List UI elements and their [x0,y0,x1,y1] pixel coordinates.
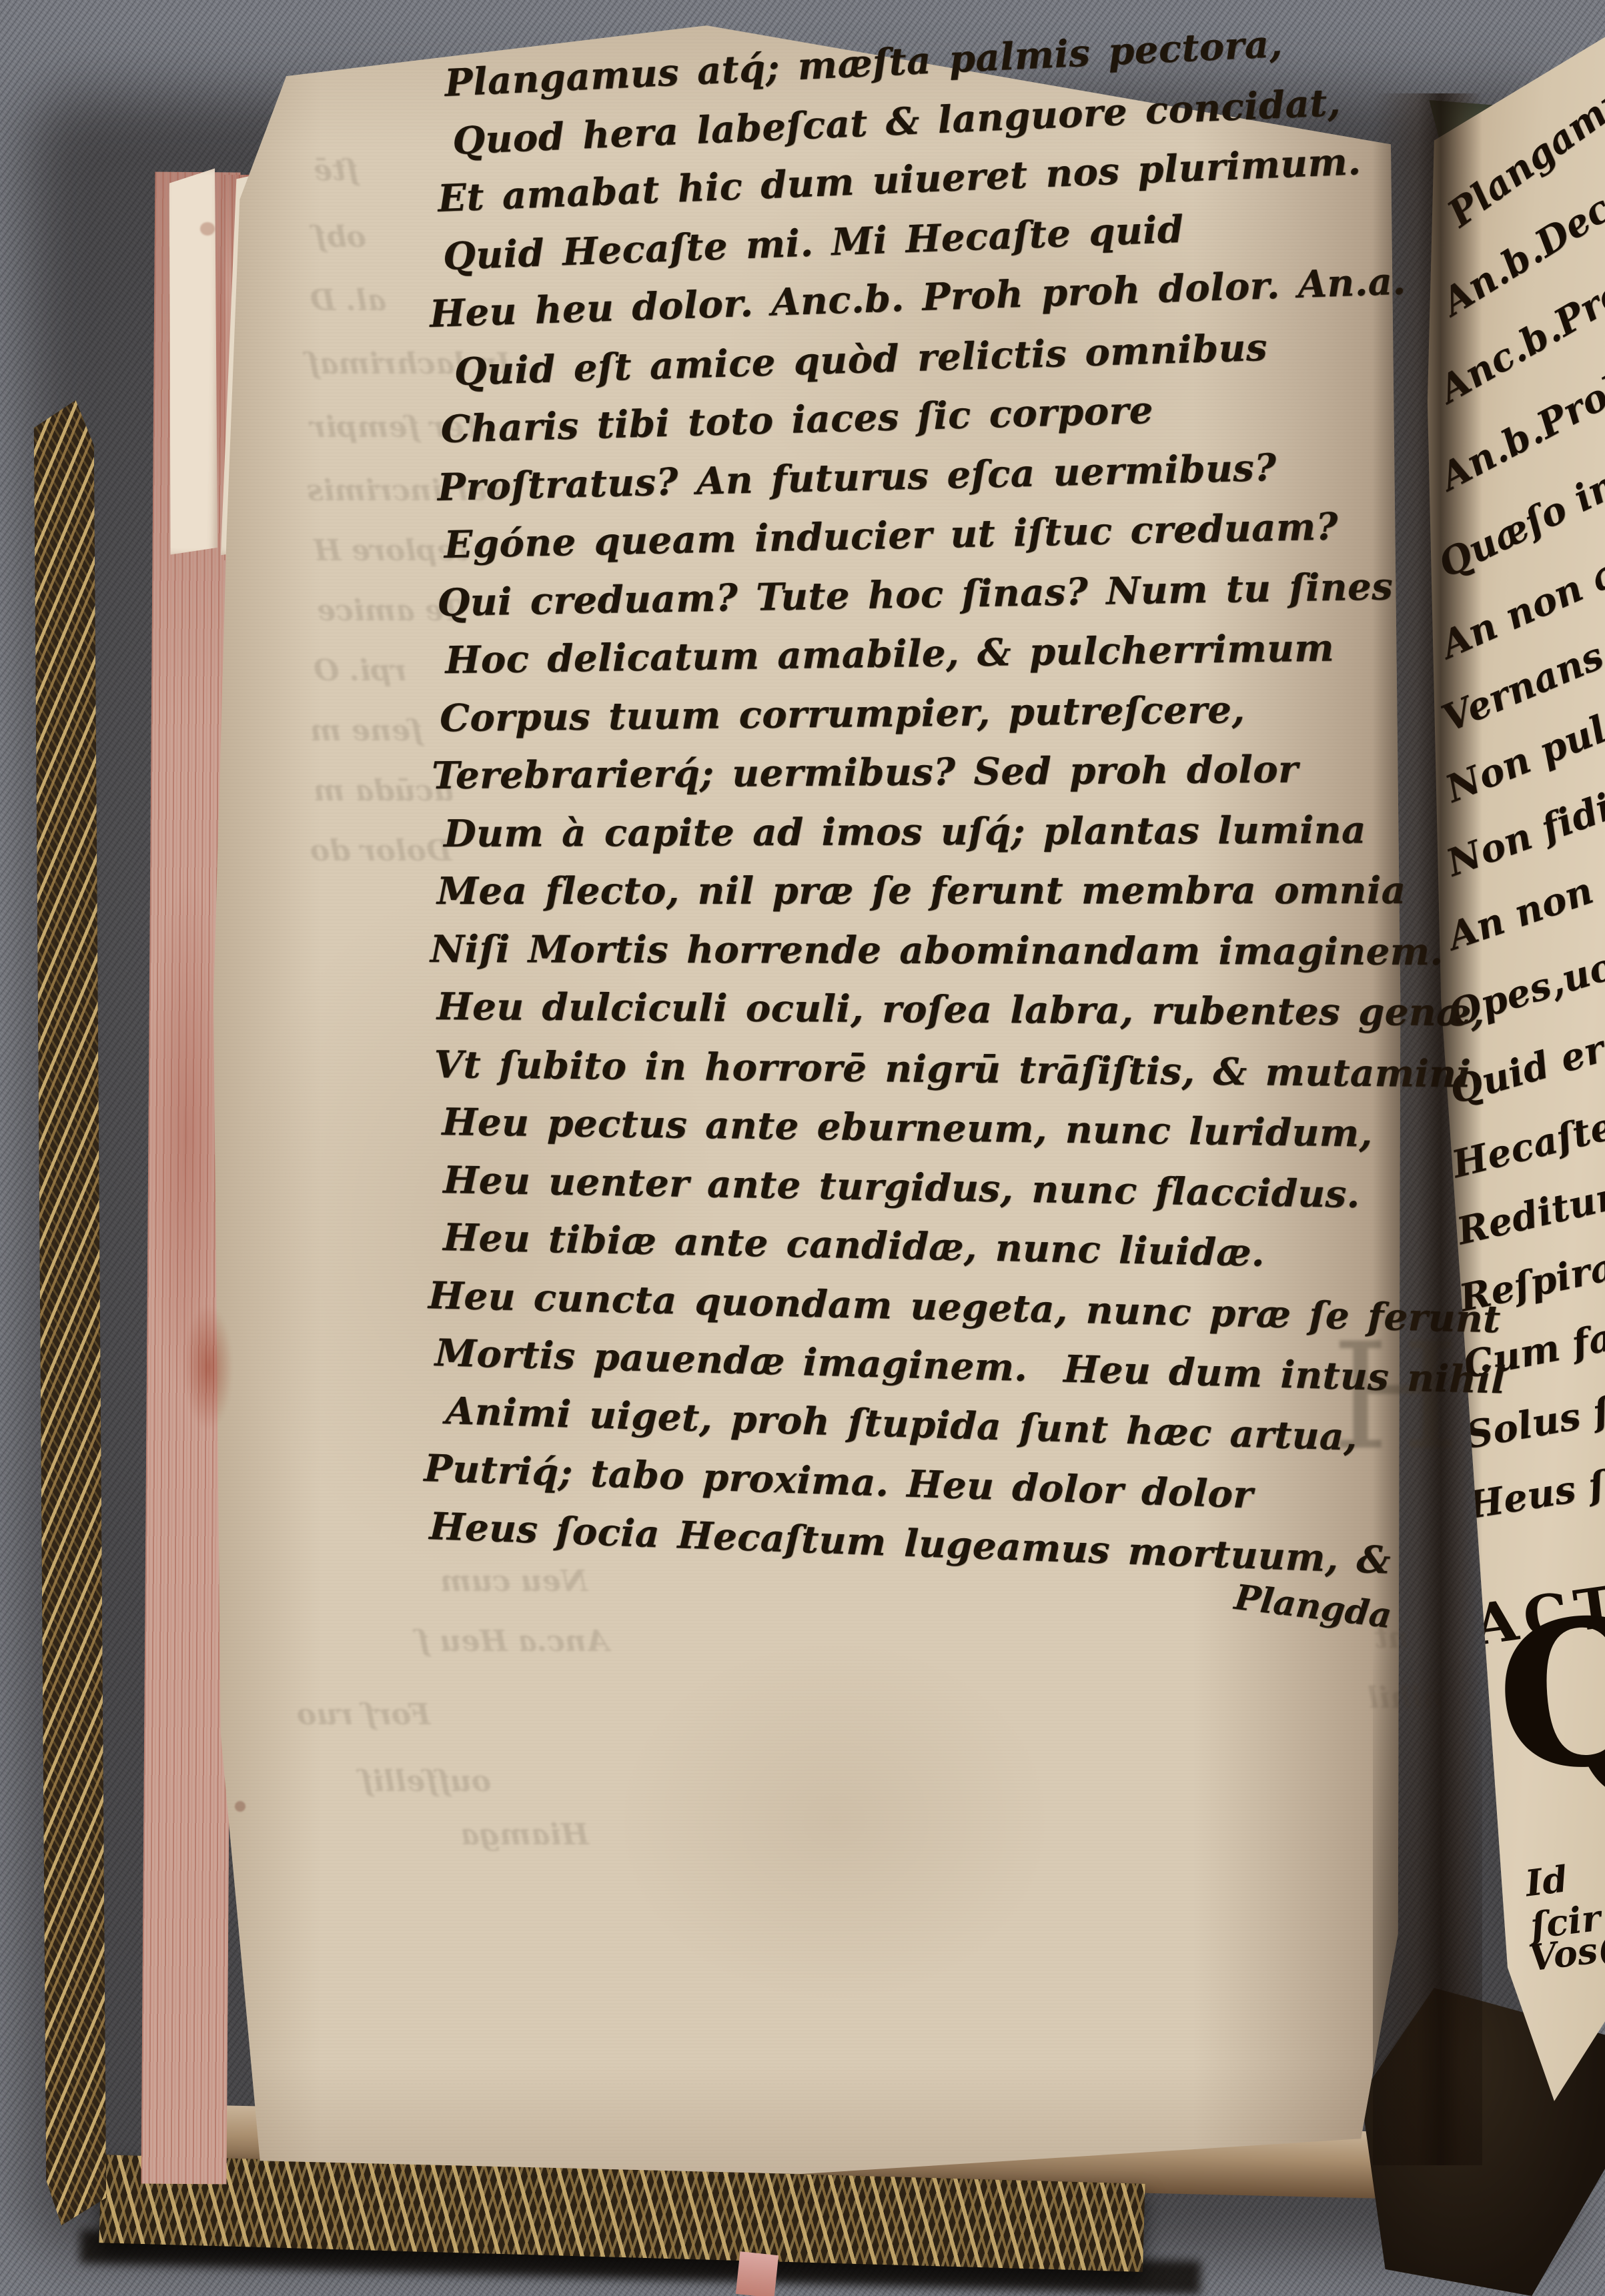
ribbon-end [736,2251,778,2296]
photo-scene: PlangamusAn.b.DeceAnc.b.ProAn.b.ProlQuæſ… [0,0,1605,2296]
verse-line: Mea flecto, nil præ ſe ferunt membra omn… [437,869,1406,913]
drop-cap-initial: Q [1491,1598,1605,1790]
showthrough-text: Hiamga [460,1818,589,1852]
showthrough-text: Anc.a Heu ſ [417,1624,609,1658]
verse-line: Heu dulciculi oculi, roſea labra, rubent… [437,985,1485,1035]
showthrough-text: rpi. O [314,654,407,688]
stain-speck [235,1801,245,1812]
showthrough-text: nihil [1368,1681,1444,1715]
red-stain [184,1306,232,1429]
showthrough-text: Dolor do [310,834,452,868]
right-page-line-fragment: Heus ſo [1465,1459,1605,1528]
verse-line: Vt ſubito in horrorē nigrū trāſiſtis, & … [434,1043,1484,1097]
showthrough-text: ouſſelliſ [360,1764,491,1798]
showthrough-text: Forſ ruo [297,1698,430,1732]
verse-line: Niſi Mortis horrende abominandam imagine… [430,927,1444,974]
verse-line: Corpus tuum corrumpier, putreſcere, [440,688,1245,740]
showthrough-text: al. D [310,283,386,318]
stain-speck [200,222,215,235]
showthrough-text: Neu cum [440,1564,588,1598]
showthrough-text: ſtē [314,153,358,187]
showthrough-text: obſ [314,220,366,254]
showthrough-text: ſene m [310,714,423,748]
verse-line: Terebrarierq́; uermibus? Sed proh dolor [432,747,1298,798]
right-page-line-fragment: Reditur [1453,1175,1605,1254]
verse-line: Dum à capite ad imos uſq́; plantas lumin… [444,808,1366,856]
